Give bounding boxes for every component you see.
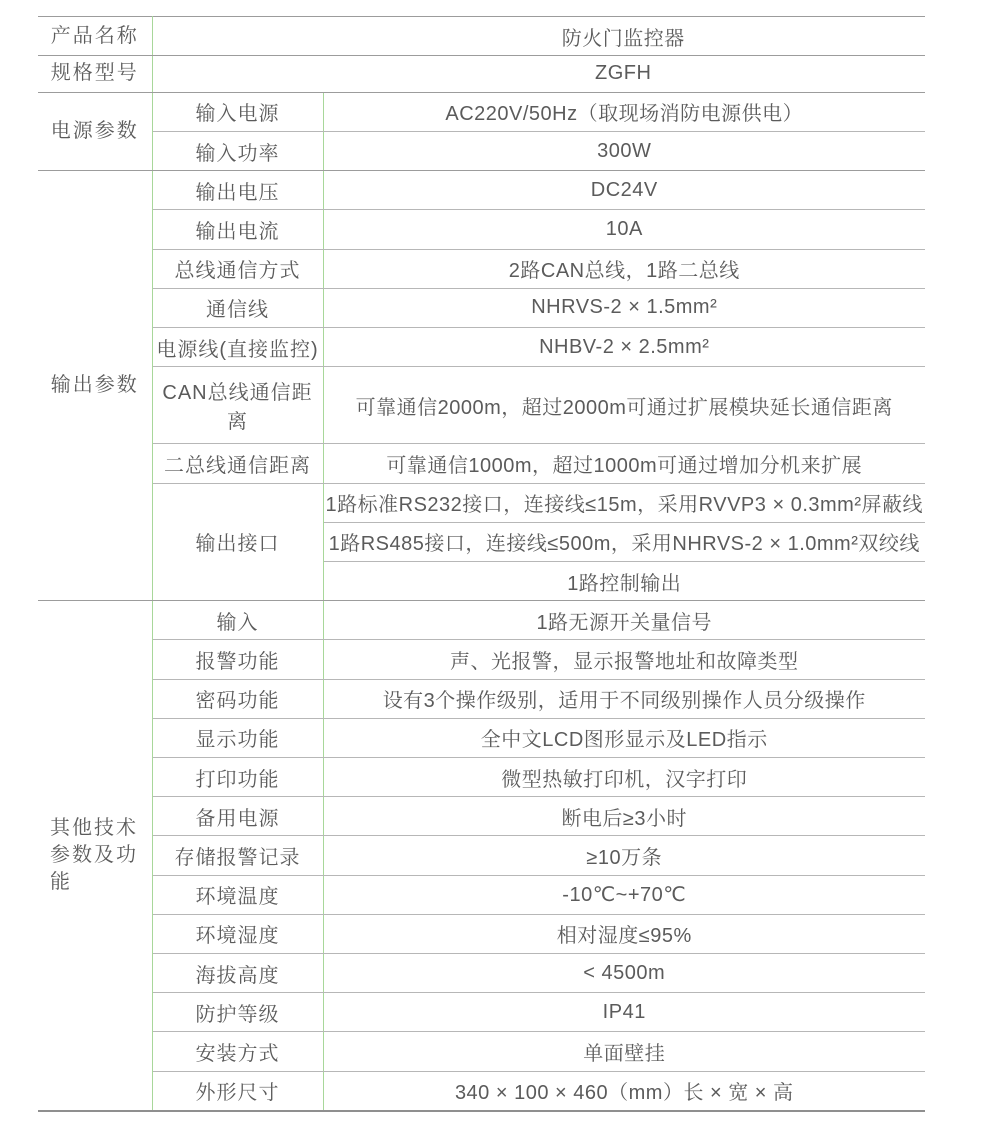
table-row: 海拔高度 < 4500m <box>38 953 925 992</box>
model-value: ZGFH <box>152 56 925 93</box>
param-label: 通信线 <box>152 288 323 327</box>
param-label: 防护等级 <box>152 993 323 1032</box>
param-label-output-interface: 输出接口 <box>152 483 323 601</box>
param-label: 外形尺寸 <box>152 1071 323 1111</box>
param-label: CAN总线通信距离 <box>152 367 323 444</box>
param-value: 10A <box>323 210 925 249</box>
param-value: AC220V/50Hz（取现场消防电源供电） <box>323 92 925 131</box>
table-row: 其他技术参数及功能 输入 1路无源开关量信号 <box>38 601 925 640</box>
param-value: -10℃~+70℃ <box>323 875 925 914</box>
table-row: 输出接口 1路标准RS232接口，连接线≤15m，采用RVVP3 × 0.3mm… <box>38 483 925 522</box>
param-value: 300W <box>323 131 925 170</box>
table-row: 产品名称 防火门监控器 <box>38 17 925 56</box>
table-row: 外形尺寸 340 × 100 × 460（mm）长 × 宽 × 高 <box>38 1071 925 1111</box>
table-row: 输入功率 300W <box>38 131 925 170</box>
param-label: 打印功能 <box>152 757 323 796</box>
section-header-model: 规格型号 <box>38 56 152 93</box>
table-row: 防护等级 IP41 <box>38 993 925 1032</box>
param-label: 报警功能 <box>152 640 323 679</box>
table-row: 安装方式 单面壁挂 <box>38 1032 925 1071</box>
param-value: 1路标准RS232接口，连接线≤15m，采用RVVP3 × 0.3mm²屏蔽线 <box>323 483 925 522</box>
table-row: 输出参数 输出电压 DC24V <box>38 171 925 210</box>
param-label: 输入 <box>152 601 323 640</box>
param-value: 单面壁挂 <box>323 1032 925 1071</box>
param-value: DC24V <box>323 171 925 210</box>
table-row: 备用电源 断电后≥3小时 <box>38 797 925 836</box>
param-label: 输出电流 <box>152 210 323 249</box>
table-row: 存储报警记录 ≥10万条 <box>38 836 925 875</box>
param-value: 2路CAN总线，1路二总线 <box>323 249 925 288</box>
product-name-value: 防火门监控器 <box>152 17 925 56</box>
param-label: 输入电源 <box>152 92 323 131</box>
table-row: 环境湿度 相对湿度≤95% <box>38 914 925 953</box>
param-label: 环境湿度 <box>152 914 323 953</box>
param-value: 微型热敏打印机，汉字打印 <box>323 757 925 796</box>
param-value: NHRVS-2 × 1.5mm² <box>323 288 925 327</box>
param-value: 340 × 100 × 460（mm）长 × 宽 × 高 <box>323 1071 925 1111</box>
param-value: 可靠通信1000m，超过1000m可通过增加分机来扩展 <box>323 444 925 483</box>
table-row: 显示功能 全中文LCD图形显示及LED指示 <box>38 718 925 757</box>
section-header-other-params: 其他技术参数及功能 <box>38 601 152 1111</box>
param-value: 相对湿度≤95% <box>323 914 925 953</box>
param-label: 环境温度 <box>152 875 323 914</box>
param-value: 声、光报警，显示报警地址和故障类型 <box>323 640 925 679</box>
spec-table: 产品名称 防火门监控器 规格型号 ZGFH 电源参数 输入电源 AC220V/5… <box>38 16 925 1112</box>
param-label: 显示功能 <box>152 718 323 757</box>
table-row: 报警功能 声、光报警，显示报警地址和故障类型 <box>38 640 925 679</box>
table-row: 总线通信方式 2路CAN总线，1路二总线 <box>38 249 925 288</box>
param-value: 全中文LCD图形显示及LED指示 <box>323 718 925 757</box>
section-header-product-name: 产品名称 <box>38 17 152 56</box>
param-label: 存储报警记录 <box>152 836 323 875</box>
table-row: 二总线通信距离 可靠通信1000m，超过1000m可通过增加分机来扩展 <box>38 444 925 483</box>
param-value: 1路无源开关量信号 <box>323 601 925 640</box>
param-value: 断电后≥3小时 <box>323 797 925 836</box>
param-label: 输入功率 <box>152 131 323 170</box>
table-row: 电源线(直接监控) NHBV-2 × 2.5mm² <box>38 328 925 367</box>
table-row: 打印功能 微型热敏打印机，汉字打印 <box>38 757 925 796</box>
param-label: 总线通信方式 <box>152 249 323 288</box>
param-value: IP41 <box>323 993 925 1032</box>
param-label: 电源线(直接监控) <box>152 328 323 367</box>
param-value: NHBV-2 × 2.5mm² <box>323 328 925 367</box>
param-label: 密码功能 <box>152 679 323 718</box>
param-value: < 4500m <box>323 953 925 992</box>
table-row: CAN总线通信距离 可靠通信2000m，超过2000m可通过扩展模块延长通信距离 <box>38 367 925 444</box>
param-label: 备用电源 <box>152 797 323 836</box>
table-row: 输出电流 10A <box>38 210 925 249</box>
section-header-power-params: 电源参数 <box>38 92 152 170</box>
table-row: 密码功能 设有3个操作级别，适用于不同级别操作人员分级操作 <box>38 679 925 718</box>
param-value: 1路RS485接口，连接线≤500m，采用NHRVS-2 × 1.0mm²双绞线 <box>323 522 925 561</box>
param-value: 可靠通信2000m，超过2000m可通过扩展模块延长通信距离 <box>323 367 925 444</box>
table-row: 规格型号 ZGFH <box>38 56 925 93</box>
param-value: ≥10万条 <box>323 836 925 875</box>
table-row: 通信线 NHRVS-2 × 1.5mm² <box>38 288 925 327</box>
param-label: 二总线通信距离 <box>152 444 323 483</box>
table-row: 环境温度 -10℃~+70℃ <box>38 875 925 914</box>
table-row: 电源参数 输入电源 AC220V/50Hz（取现场消防电源供电） <box>38 92 925 131</box>
section-header-output-params: 输出参数 <box>38 171 152 601</box>
param-value: 1路控制输出 <box>323 561 925 600</box>
param-value: 设有3个操作级别，适用于不同级别操作人员分级操作 <box>323 679 925 718</box>
param-label: 安装方式 <box>152 1032 323 1071</box>
param-label: 输出电压 <box>152 171 323 210</box>
param-label: 海拔高度 <box>152 953 323 992</box>
